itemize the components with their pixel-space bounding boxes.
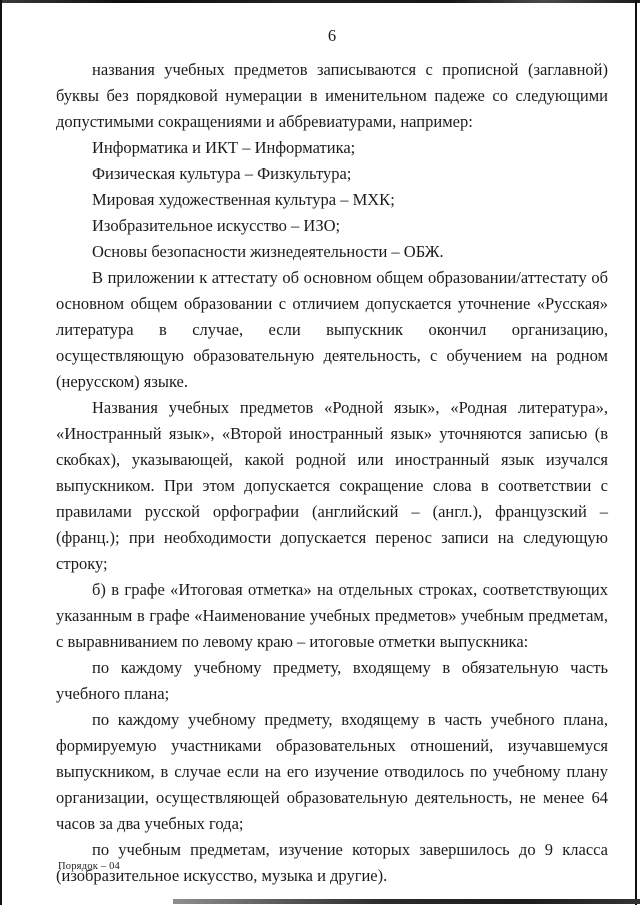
- paragraph: Основы безопасности жизнедеятельности – …: [56, 239, 608, 265]
- scanned-document-page: 6 названия учебных предметов записываютс…: [0, 0, 640, 905]
- scan-border-right: [635, 0, 637, 905]
- paragraph: В приложении к аттестату об основном общ…: [56, 265, 608, 395]
- footer-doc-code: Порядок – 04: [58, 861, 120, 872]
- scan-artifact-bottom-bar: [173, 899, 640, 904]
- paragraph: по каждому учебному предмету, входящему …: [56, 707, 608, 837]
- page-number: 6: [0, 26, 640, 46]
- scan-border-top: [0, 0, 640, 3]
- paragraph: Информатика и ИКТ – Информатика;: [56, 135, 608, 161]
- paragraph: Изобразительное искусство – ИЗО;: [56, 213, 608, 239]
- paragraph: Названия учебных предметов «Родной язык»…: [56, 395, 608, 577]
- paragraph: по учебным предметам, изучение которых з…: [56, 837, 608, 889]
- scan-border-left: [0, 0, 2, 905]
- paragraph: Физическая культура – Физкультура;: [56, 161, 608, 187]
- paragraph: б) в графе «Итоговая отметка» на отдельн…: [56, 577, 608, 655]
- paragraph: Мировая художественная культура – МХК;: [56, 187, 608, 213]
- paragraph: названия учебных предметов записываются …: [56, 57, 608, 135]
- document-body: названия учебных предметов записываются …: [56, 57, 608, 889]
- paragraph: по каждому учебному предмету, входящему …: [56, 655, 608, 707]
